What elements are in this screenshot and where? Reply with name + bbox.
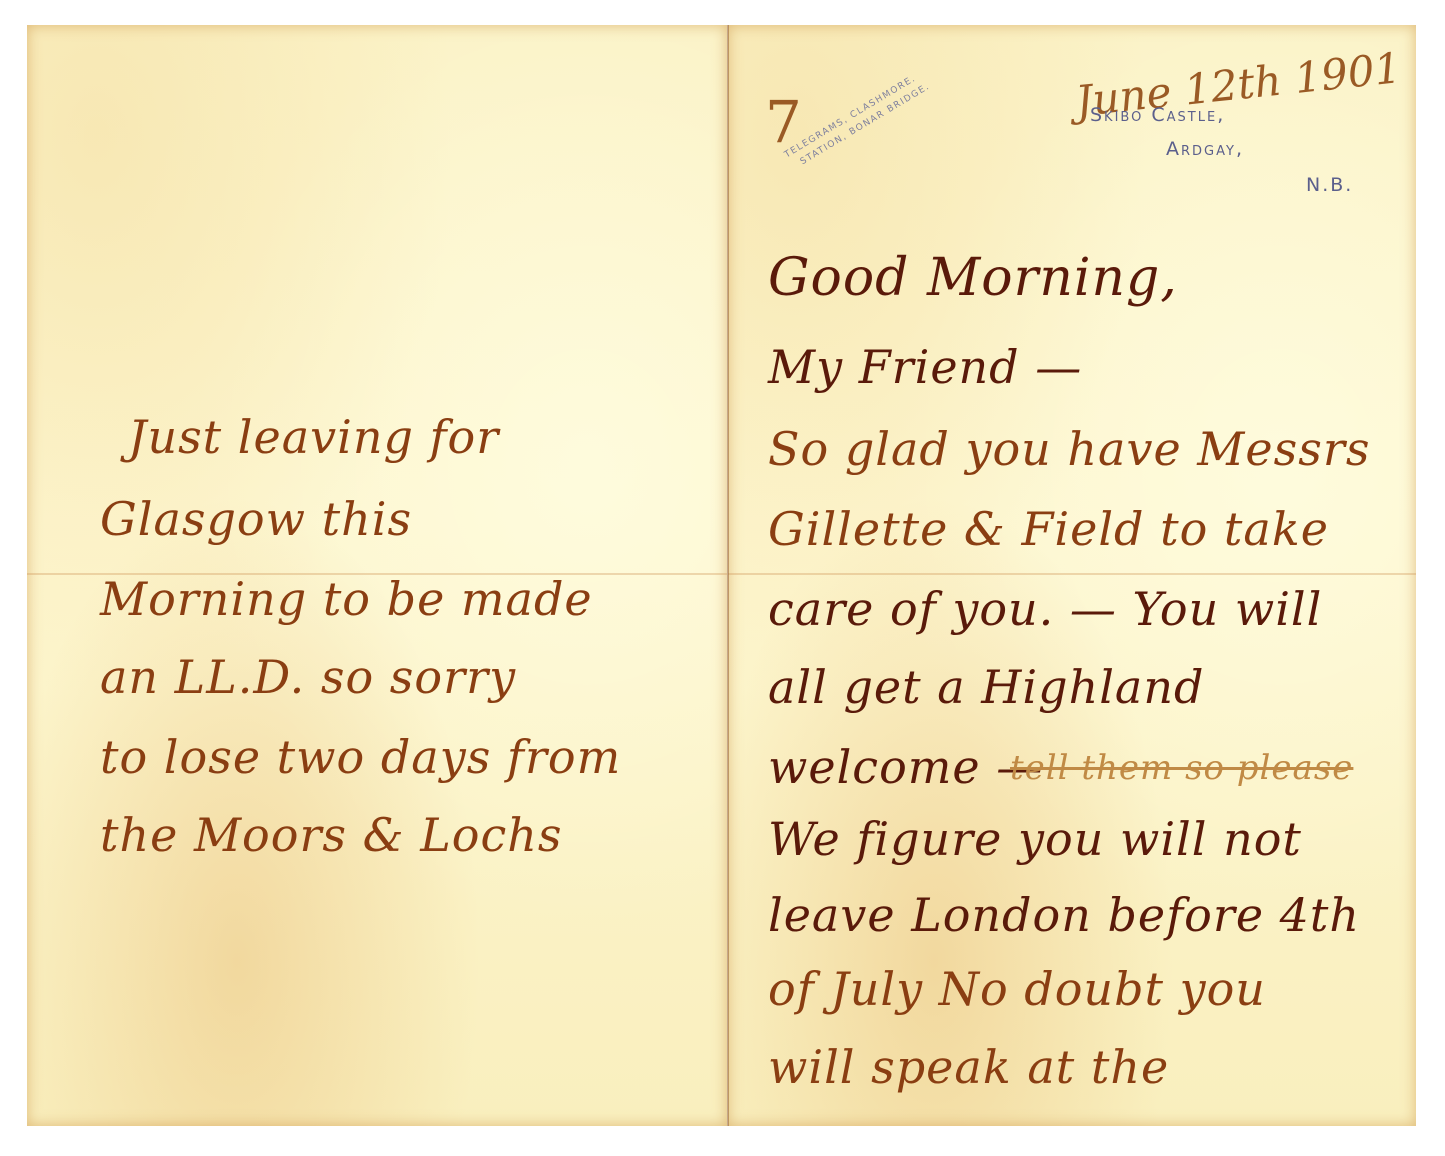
letter-line: Gillette & Field to take xyxy=(768,502,1329,556)
letter-line: Glasgow this xyxy=(100,492,412,546)
letter-line: the Moors & Lochs xyxy=(100,808,562,862)
letter-line: My Friend — xyxy=(768,340,1082,394)
letter-line: Morning to be made xyxy=(100,572,593,626)
letter-line: Just leaving for xyxy=(128,410,499,464)
letter-line: welcome — xyxy=(768,740,1043,794)
letter-line: an LL.D. so sorry xyxy=(100,650,516,704)
letterhead-address-line2: Ardgay, xyxy=(1166,138,1244,160)
letter-line: of July No doubt you xyxy=(768,962,1266,1016)
letterhead-address-line1: Skibo Castle, xyxy=(1090,104,1225,126)
letterhead-address-line3: N.B. xyxy=(1306,174,1353,196)
letter-line: all get a Highland xyxy=(768,660,1204,714)
page-gutter xyxy=(727,25,729,1126)
salutation: Good Morning, xyxy=(768,248,1178,308)
letter-line: leave London before 4th xyxy=(768,888,1360,942)
letter-line: will speak at the xyxy=(768,1040,1169,1094)
letter-line: to lose two days from xyxy=(100,730,621,784)
letter-line: care of you. — You will xyxy=(768,582,1322,636)
struck-through-text: tell them so please xyxy=(1010,748,1353,788)
letter-line: We figure you will not xyxy=(768,812,1302,866)
letter-line: So glad you have Messrs xyxy=(768,422,1370,476)
fold-crease xyxy=(728,573,1416,575)
